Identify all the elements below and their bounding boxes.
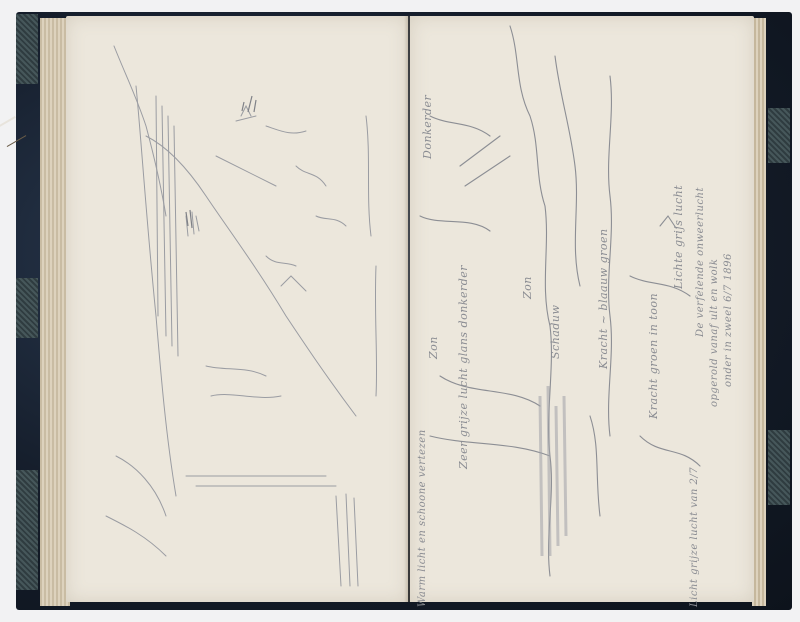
handwritten-note-lucht-date: Licht grijze lucht van 2/7 (689, 467, 700, 607)
handwritten-note-donkerder: Donkerder (421, 95, 434, 159)
handwritten-note-schaduw: Schaduw (549, 305, 562, 359)
handwritten-note-onweer: De verfelende onweerlucht (695, 187, 706, 337)
handwritten-note-lichte-grijs: Lichte grijs lucht (672, 185, 685, 289)
cover-corner-band-left-top (16, 14, 38, 84)
handwritten-note-zon-2: Zon (521, 276, 534, 299)
cover-corner-band-right-top (768, 108, 790, 163)
cover-corner-band-right-bot (768, 430, 790, 505)
handwritten-note-kracht-blauw: Kracht ~ blaauw groen (597, 228, 610, 369)
left-page (66, 16, 408, 602)
handwritten-note-date: onder in zweel 6/7 1896 (723, 253, 734, 387)
handwritten-note-opgerold: opgerold vanaf ult en wolk (709, 259, 720, 407)
page-edges-right (752, 18, 766, 606)
handwritten-note-zon: Zon (427, 336, 440, 359)
landscape-sketch-left (66, 16, 408, 602)
handwritten-note-kracht-groen: Kracht groen in toon (647, 293, 660, 419)
handwritten-note-lucht-glans: Zeer grijze lucht glans donkerder (457, 265, 470, 469)
cover-corner-band-left-mid (16, 278, 38, 338)
right-page: Donkerder Zon Zon Schaduw Zeer grijze lu… (410, 16, 754, 602)
handwritten-note-warm-licht: Warm licht en schoone vertezen (417, 429, 428, 607)
cover-corner-band-left-bot (16, 470, 38, 590)
